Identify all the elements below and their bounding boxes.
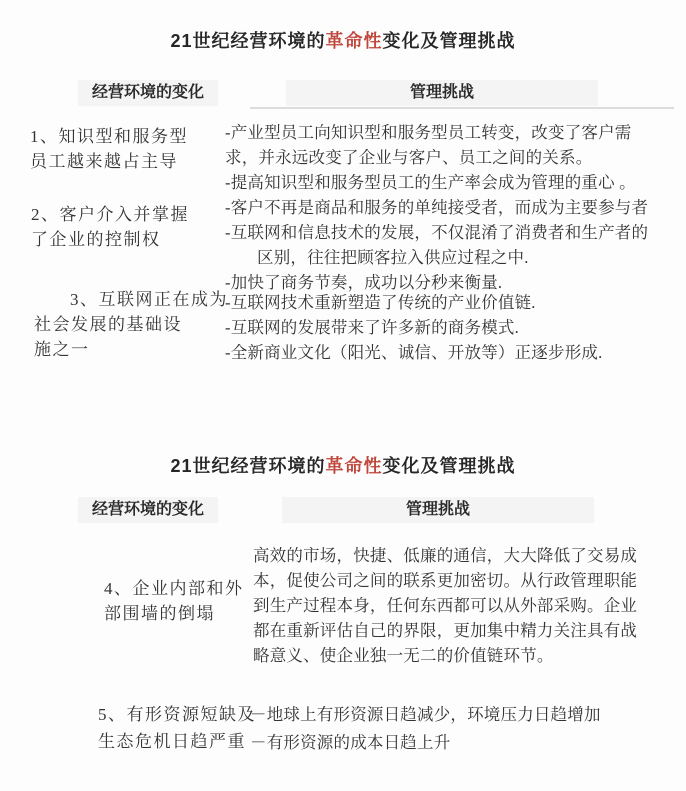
change-item-3: 3、互联网正在成为 社会发展的基础设 施之一 bbox=[34, 287, 232, 362]
challenge-block-2: -客户不再是商品和服务的单纯接受者，而成为主要参与者 -互联网和信息技术的发展，… bbox=[225, 195, 680, 295]
change-item-1: 1、知识型和服务型 员工越来越占主导 bbox=[30, 124, 228, 174]
challenge-block-4: 高效的市场，快捷、低廉的通信，大大降低了交易成 本，促使公司之间的联系更加密切。… bbox=[253, 543, 673, 668]
change-item-line: 社会发展的基础设 bbox=[34, 312, 232, 337]
challenge-line: －地球上有形资源日趋减少，环境压力日趋增加 bbox=[250, 701, 670, 729]
challenge-line: -全新商业文化（阳光、诚信、开放等）正逐步形成. bbox=[225, 340, 680, 365]
slide-title-pre: 21世纪经营环境的 bbox=[170, 456, 325, 476]
change-item-line: 3、互联网正在成为 bbox=[34, 287, 232, 312]
header-underline bbox=[250, 107, 674, 109]
challenge-line: 求，并永远改变了企业与客户、员工之间的关系。 bbox=[225, 145, 680, 170]
change-item-line: 2、客户介入并掌握 bbox=[31, 202, 229, 227]
slide-title-accent: 革命性 bbox=[326, 456, 383, 476]
slide-title-post: 变化及管理挑战 bbox=[383, 31, 516, 51]
challenge-line: 都在重新评估自己的界限，更加集中精力关注具有战 bbox=[253, 618, 673, 643]
change-item-line: 部围墙的倒塌 bbox=[104, 601, 264, 626]
challenge-line: 到生产过程本身，任何东西都可以从外部采购。企业 bbox=[253, 593, 673, 618]
change-item-line: 5、有形资源短缺及 bbox=[98, 701, 268, 728]
column-header-changes: 经营环境的变化 bbox=[78, 497, 218, 523]
change-item-line: 施之一 bbox=[34, 337, 232, 362]
challenge-block-1: -产业型员工向知识型和服务型员工转变，改变了客户需 求，并永远改变了企业与客户、… bbox=[225, 120, 680, 195]
change-item-5: 5、有形资源短缺及 生态危机日趋严重 bbox=[98, 701, 268, 755]
challenge-line: -互联网和信息技术的发展，不仅混淆了消费者和生产者的 bbox=[225, 220, 680, 245]
slide-title: 21世纪经营环境的革命性变化及管理挑战 bbox=[0, 453, 686, 479]
column-header-challenges: 管理挑战 bbox=[282, 497, 594, 523]
slide-title-post: 变化及管理挑战 bbox=[383, 456, 516, 476]
challenge-line: -互联网的发展带来了许多新的商务模式. bbox=[225, 315, 680, 340]
challenge-block-3: -互联网技术重新塑造了传统的产业价值链. -互联网的发展带来了许多新的商务模式.… bbox=[225, 290, 680, 365]
change-item-line: 生态危机日趋严重 bbox=[98, 728, 268, 755]
challenge-line: 区别，往往把顾客拉入供应过程之中. bbox=[225, 245, 680, 270]
challenge-line: 高效的市场，快捷、低廉的通信，大大降低了交易成 bbox=[253, 543, 673, 568]
column-header-changes: 经营环境的变化 bbox=[78, 80, 218, 106]
challenge-line: -互联网技术重新塑造了传统的产业价值链. bbox=[225, 290, 680, 315]
document-page: 21世纪经营环境的革命性变化及管理挑战 经营环境的变化 管理挑战 1、知识型和服… bbox=[0, 0, 686, 791]
slide-title-accent: 革命性 bbox=[326, 31, 383, 51]
change-item-4: 4、企业内部和外 部围墙的倒塌 bbox=[104, 576, 264, 626]
challenge-line: -产业型员工向知识型和服务型员工转变，改变了客户需 bbox=[225, 120, 680, 145]
column-header-challenges: 管理挑战 bbox=[286, 80, 598, 106]
challenge-line: 略意义、使企业独一无二的价值链环节。 bbox=[253, 643, 673, 668]
challenge-block-5: －地球上有形资源日趋减少，环境压力日趋增加 －有形资源的成本日趋上升 bbox=[250, 701, 670, 757]
challenge-line: 本，促使公司之间的联系更加密切。从行政管理职能 bbox=[253, 568, 673, 593]
slide-title: 21世纪经营环境的革命性变化及管理挑战 bbox=[0, 28, 686, 54]
challenge-line: -提高知识型和服务型员工的生产率会成为管理的重心 。 bbox=[225, 170, 680, 195]
change-item-line: 员工越来越占主导 bbox=[30, 149, 228, 174]
slide-title-pre: 21世纪经营环境的 bbox=[170, 31, 325, 51]
change-item-line: 了企业的控制权 bbox=[31, 227, 229, 252]
challenge-line: －有形资源的成本日趋上升 bbox=[250, 729, 670, 757]
change-item-2: 2、客户介入并掌握 了企业的控制权 bbox=[31, 202, 229, 252]
challenge-line: -客户不再是商品和服务的单纯接受者，而成为主要参与者 bbox=[225, 195, 680, 220]
change-item-line: 1、知识型和服务型 bbox=[30, 124, 228, 149]
change-item-line: 4、企业内部和外 bbox=[104, 576, 264, 601]
